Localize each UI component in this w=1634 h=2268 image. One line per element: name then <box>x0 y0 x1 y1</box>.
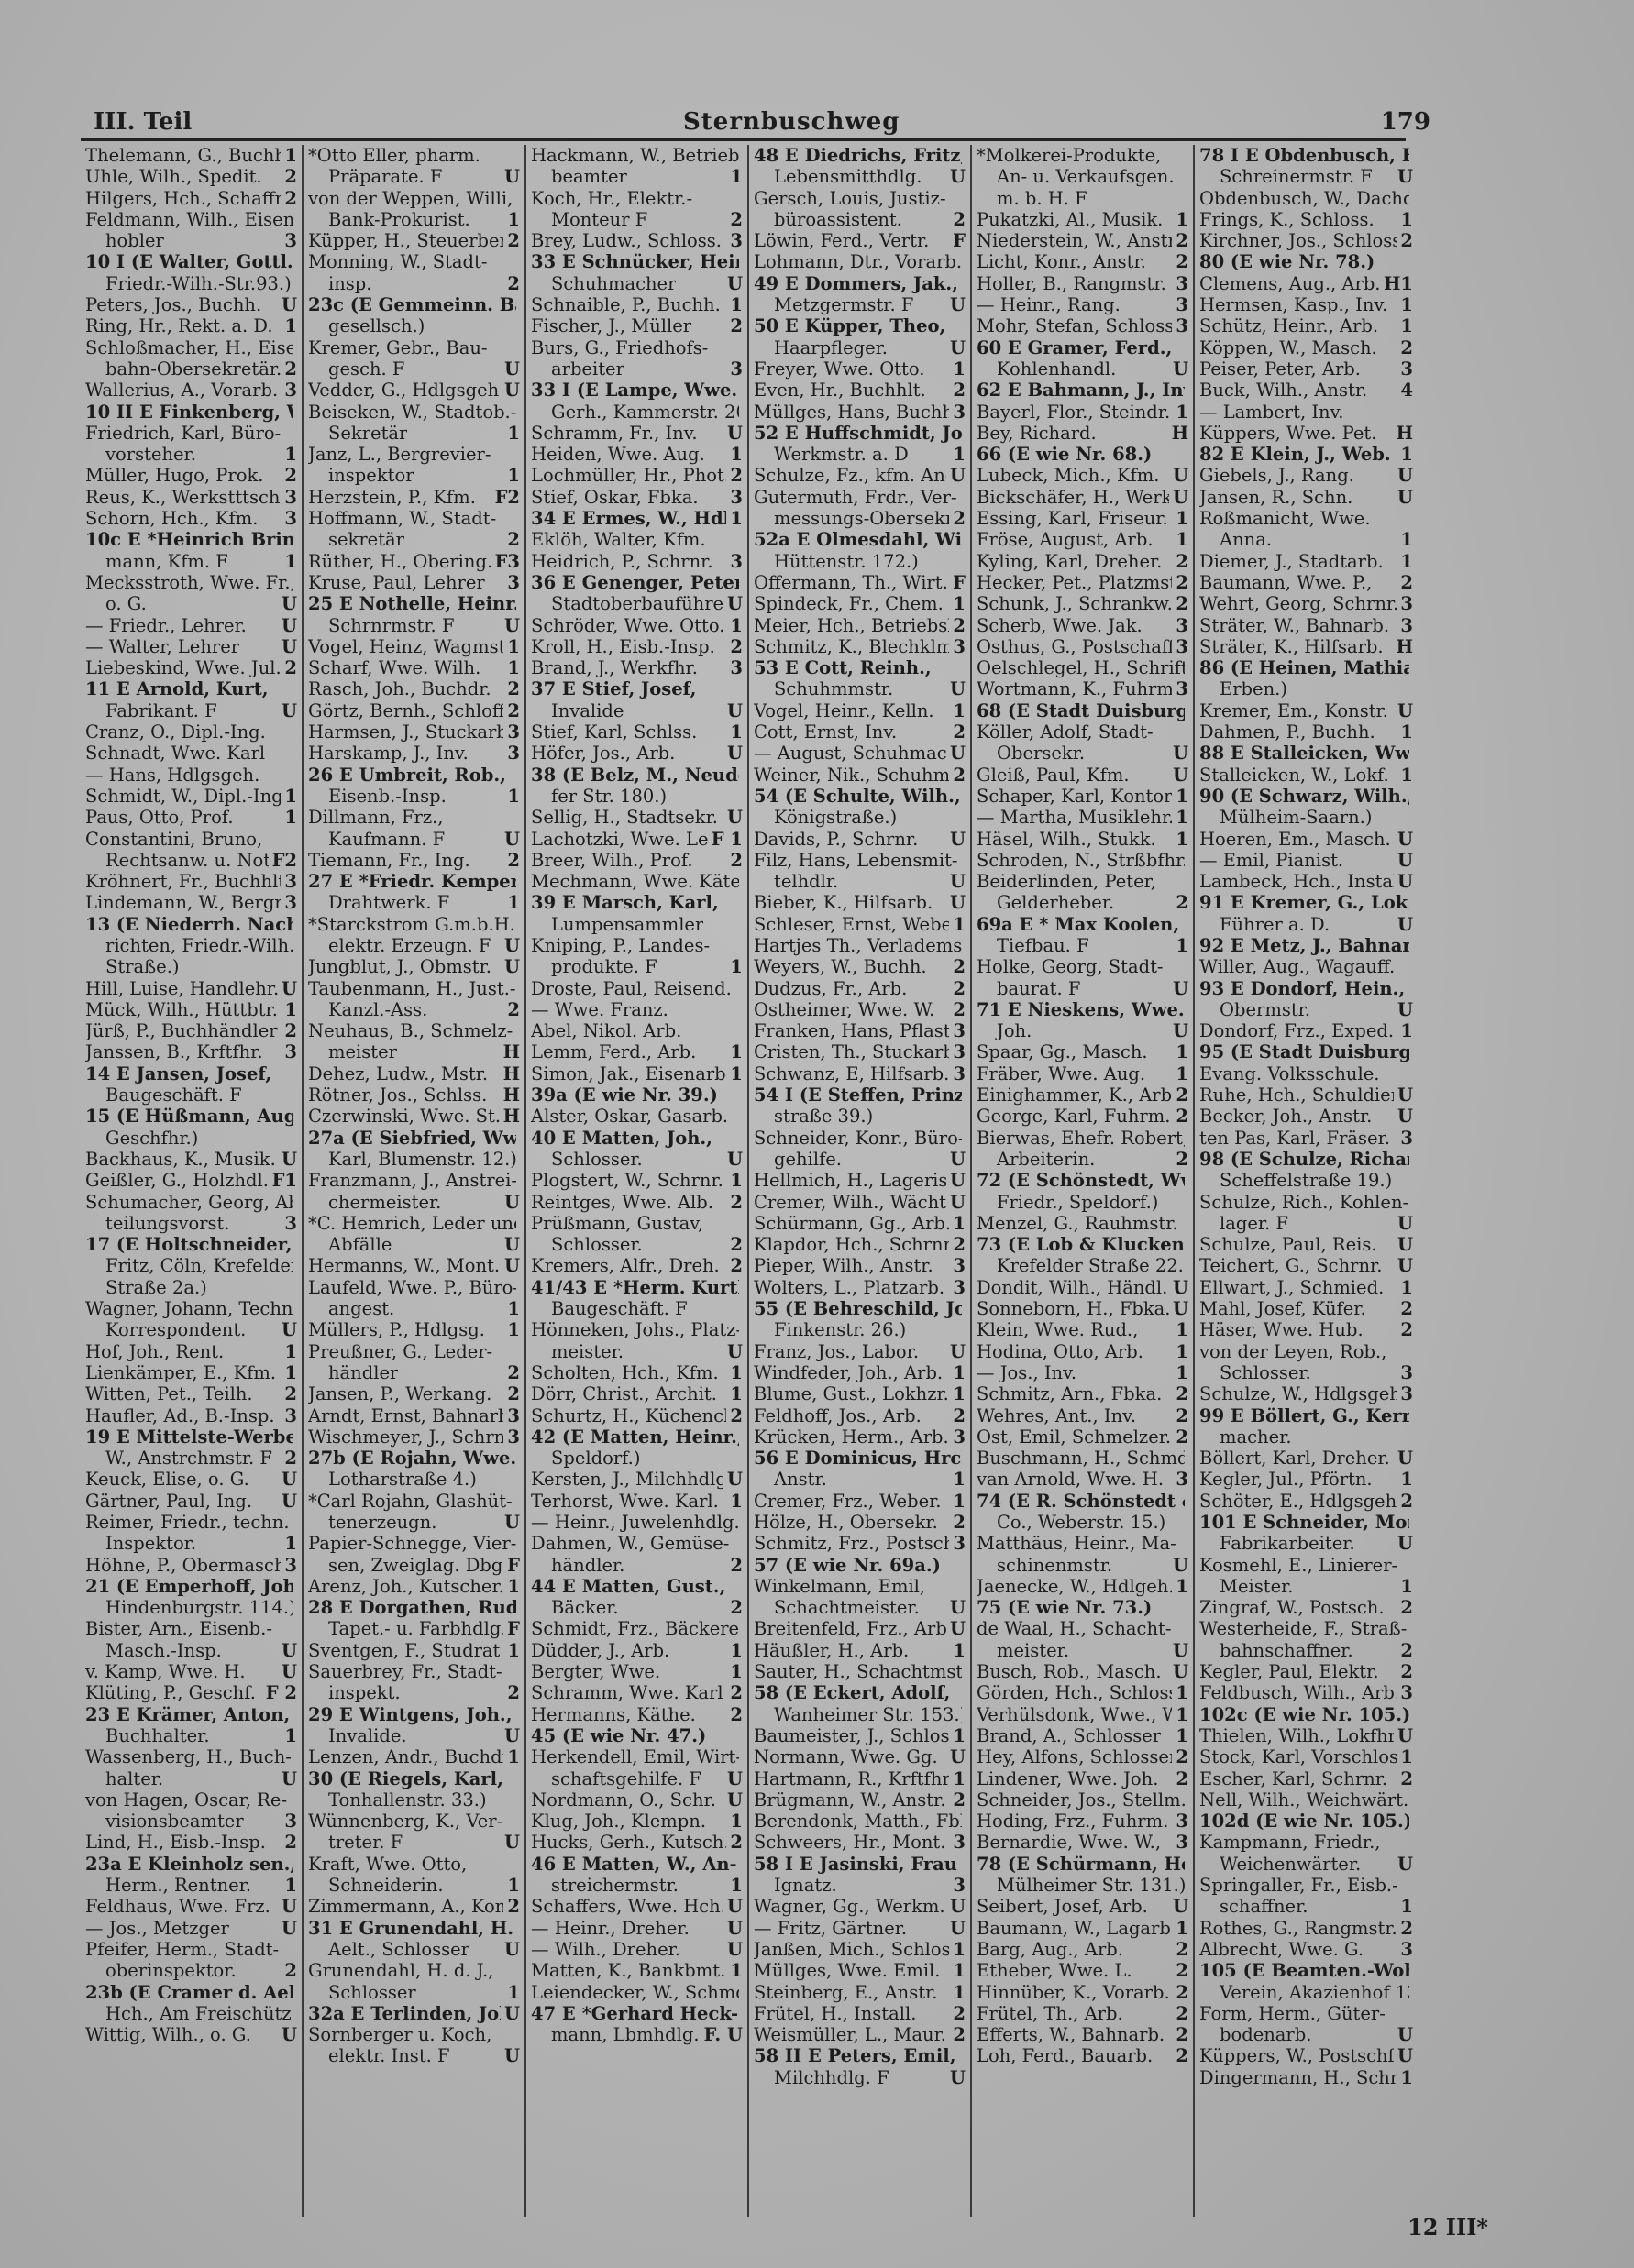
resident-entry: — Jos., Inv.1 <box>977 1362 1188 1383</box>
resident-entry: Plogstert, W., Schrnr.1 <box>531 1170 743 1191</box>
resident-entry: Thelemann, G., Buchh.1 <box>85 145 297 166</box>
entry-text: Geschfhr.) <box>85 1128 198 1149</box>
floor-code <box>1185 1448 1188 1469</box>
house-number-entry: 34 E Ermes, W., Hdlsg.1 <box>531 508 743 529</box>
floor-code: F <box>949 572 966 593</box>
floor-code: U <box>723 1789 743 1811</box>
resident-entry: Stock, Karl, Vorschloss.1 <box>1199 1746 1413 1767</box>
floor-code <box>516 1469 520 1490</box>
part-label: III. Teil <box>94 108 192 136</box>
floor-code: 2 <box>1172 593 1188 614</box>
resident-entry: Ring, Hr., Rekt. a. D.1 <box>85 315 297 336</box>
floor-code <box>1409 1555 1413 1576</box>
entry-text: Breitenfeld, Frz., Arb. <box>754 1618 946 1639</box>
resident-entry: tenerzeugn.U <box>308 1512 520 1533</box>
resident-entry: ten Pas, Karl, Fräser.3 <box>1199 1128 1413 1149</box>
resident-entry: Schurtz, H., Küchenchef.2 <box>531 1405 743 1426</box>
house-number-entry: 98 (E Schulze, Richard, <box>1199 1149 1413 1170</box>
floor-code <box>1185 1213 1188 1234</box>
entry-text: Frütel, H., Install. <box>754 2003 916 2024</box>
resident-entry: Franzmann, J., Anstrei- <box>308 1170 520 1191</box>
entry-text: Ruhe, Hch., Schuldien. <box>1199 1084 1394 1106</box>
entry-text: Bäcker. <box>531 1597 619 1618</box>
floor-code <box>516 1533 520 1554</box>
entry-text: Franken, Hans, Pflast. <box>754 1020 949 1041</box>
floor-code: 1 <box>1172 1918 1188 1939</box>
entry-text: Mechmann, Wwe. Käte. <box>531 871 739 892</box>
house-number-entry: 45 (E wie Nr. 47.) <box>531 1725 743 1746</box>
entry-text: Rötner, Jos., Schlss. <box>308 1084 487 1106</box>
resident-entry: Schütz, Heinr., Arb.1 <box>1199 315 1413 336</box>
floor-code: U <box>278 1319 297 1340</box>
floor-code <box>516 1597 520 1618</box>
entry-text: meister. <box>531 1341 624 1362</box>
floor-code <box>293 1576 297 1597</box>
entry-text: Werkmstr. a. D <box>754 444 909 465</box>
floor-code: U <box>1394 1255 1413 1276</box>
entry-text: händler <box>308 1362 398 1383</box>
house-number-entry: 52a E Olmesdahl, Wilh., <box>754 529 966 550</box>
entry-text: 68 (E Stadt Duisburg.) <box>977 700 1185 721</box>
resident-entry: gehilfe.U <box>754 1149 966 1170</box>
floor-code: U <box>1169 358 1188 380</box>
resident-entry: Wassenberg, H., Buch- <box>85 1746 297 1767</box>
floor-code <box>1409 956 1413 977</box>
floor-code: 1 <box>949 1960 966 1981</box>
floor-code: 2 <box>1172 1960 1188 1981</box>
floor-code: U <box>723 1896 743 1917</box>
resident-entry: richten, Friedr.-Wilh.- <box>85 935 297 956</box>
entry-text: Busch, Rob., Masch. <box>977 1661 1162 1682</box>
house-number-entry: 15 (E Hüßmann, Aug., <box>85 1106 297 1127</box>
entry-text: Efferts, W., Bahnarb. <box>977 2024 1165 2045</box>
floor-code: U <box>946 1341 966 1362</box>
floor-code: 2 <box>726 1192 743 1213</box>
entry-text: Korrespondent. <box>85 1319 246 1340</box>
entry-text: Schröder, Wwe. Otto. <box>531 615 724 636</box>
floor-code <box>962 1576 966 1597</box>
entry-text: Offermann, Th., Wirt. <box>754 572 948 593</box>
floor-code <box>1409 251 1413 272</box>
resident-entry: Nordmann, O., Schr.U <box>531 1789 743 1811</box>
resident-entry: Essing, Karl, Friseur.1 <box>977 508 1188 529</box>
entry-text: 29 E Wintgens, Joh., <box>308 1704 513 1725</box>
entry-text: Müllges, Hans, Buchh. <box>754 402 949 423</box>
resident-entry: Häser, Wwe. Hub.2 <box>1199 1319 1413 1340</box>
resident-entry: Barg, Aug., Arb.2 <box>977 1939 1188 1960</box>
floor-code: 3 <box>949 1063 966 1084</box>
resident-entry: Sträter, K., Hilfsarb.H <box>1199 636 1413 657</box>
entry-text: Kersten, J., Milchhdlg. <box>531 1469 723 1490</box>
entry-text: Weyers, W., Buchh. <box>754 956 927 977</box>
resident-entry: Hch., Am Freischütz) <box>85 2003 297 2024</box>
entry-text: Lubeck, Mich., Kfm. <box>977 465 1159 486</box>
entry-text: Barg, Aug., Arb. <box>977 1939 1123 1960</box>
floor-code <box>739 251 743 272</box>
floor-code: U <box>1394 465 1413 486</box>
floor-code: U <box>278 1640 297 1661</box>
floor-code: 3 <box>281 892 297 913</box>
entry-text: Vedder, G., Hdlgsgeh. <box>308 380 501 401</box>
entry-text: Thelemann, G., Buchh. <box>85 145 281 166</box>
floor-code: 1 <box>1397 551 1413 572</box>
resident-entry: Küppers, Wwe. Pet.H <box>1199 423 1413 444</box>
entry-text: 54 I (E Steffen, Prinzen- <box>754 1084 962 1106</box>
entry-text: 98 (E Schulze, Richard, <box>1199 1149 1409 1170</box>
resident-entry: Buschmann, H., Schmd. <box>977 1448 1188 1469</box>
entry-text: Wagner, Gg., Werkm. <box>754 1896 945 1917</box>
entry-text: Schmitz, Arn., Fbka. <box>977 1383 1162 1404</box>
entry-text: Schuhmmstr. <box>754 678 893 699</box>
floor-code <box>1185 1875 1188 1896</box>
resident-entry: Herm., Rentner.1 <box>85 1875 297 1896</box>
entry-text: beamter <box>531 166 627 187</box>
entry-text: Spindeck, Fr., Chem. <box>754 593 944 614</box>
floor-code: 3 <box>1397 1362 1413 1383</box>
entry-text: schinenmstr. <box>977 1555 1112 1576</box>
entry-text: Constantini, Bruno, <box>85 829 262 850</box>
entry-text: Weiner, Nik., Schuhm. <box>754 765 949 786</box>
floor-code: U <box>501 956 520 977</box>
entry-text: 72 (E Schönstedt, Wwe. <box>977 1170 1185 1191</box>
entry-text: Köppen, W., Masch. <box>1199 337 1377 358</box>
floor-code <box>962 188 966 209</box>
floor-code: 3 <box>1172 315 1188 336</box>
resident-entry: Uhle, Wilh., Spedit.2 <box>85 166 297 187</box>
house-number-entry: 54 (E Schulte, Wilh., <box>754 786 966 807</box>
floor-code <box>1185 145 1188 166</box>
house-number-entry: 91 E Kremer, G., Lok.- <box>1199 892 1413 913</box>
resident-entry: Anstr.1 <box>754 1469 966 1490</box>
floor-code: 2 <box>1172 2003 1188 2024</box>
entry-text: Schunk, J., Schrankw. <box>977 593 1172 614</box>
entry-text: Görden, Hch., Schloss. <box>977 1682 1172 1703</box>
entry-text: 78 I E Obdenbusch, Hch., <box>1199 145 1409 166</box>
floor-code: U <box>723 1939 743 1960</box>
floor-code: 1 <box>1172 1063 1188 1084</box>
floor-code <box>516 1704 520 1725</box>
floor-code <box>1185 166 1188 187</box>
floor-code: U <box>946 1896 966 1917</box>
entry-text: Plogstert, W., Schrnr. <box>531 1170 723 1191</box>
floor-code: U <box>1394 1234 1413 1255</box>
resident-entry: Winkelmann, Emil, <box>754 1576 966 1597</box>
house-number-entry: 40 E Matten, Joh., <box>531 1128 743 1149</box>
resident-entry: chermeister.U <box>308 1192 520 1213</box>
entry-text: 34 E Ermes, W., Hdlsg. <box>531 508 726 529</box>
resident-entry: Verein, Akazienhof 13.) <box>1199 1982 1413 2003</box>
floor-code <box>739 786 743 807</box>
resident-entry: Windfeder, Joh., Arb.1 <box>754 1362 966 1383</box>
resident-entry: Lumpensammler <box>531 914 743 935</box>
floor-code: 1 <box>1172 529 1188 550</box>
resident-entry: — August, Schuhmach.U <box>754 743 966 764</box>
floor-code <box>1409 145 1413 166</box>
resident-entry: — Wwe. Franz. <box>531 999 743 1020</box>
house-number-entry: 11 E Arnold, Kurt, <box>85 678 297 699</box>
entry-text: Jansen, P., Werkang. <box>308 1383 491 1404</box>
floor-code <box>739 337 743 358</box>
entry-text: Holke, Georg, Stadt- <box>977 956 1164 977</box>
entry-text: Einighammer, K., Arb. <box>977 1084 1172 1106</box>
entry-text: Köller, Adolf, Stadt- <box>977 721 1154 743</box>
floor-code: 3 <box>1172 615 1188 636</box>
house-number-entry: 36 E Genenger, Peter, <box>531 572 743 593</box>
entry-text: Schleser, Ernst, Weber. <box>754 914 949 935</box>
resident-entry: Scheffelstraße 19.) <box>1199 1170 1413 1191</box>
floor-code: 1 <box>949 700 966 721</box>
resident-entry: Baumann, W., Lagarb.1 <box>977 1918 1188 1939</box>
floor-code <box>293 1277 297 1298</box>
floor-code <box>1185 188 1188 209</box>
resident-entry: Müller, Hugo, Prok.2 <box>85 465 297 486</box>
floor-code: 2 <box>949 956 966 977</box>
entry-text: 52a E Olmesdahl, Wilh., <box>754 529 962 550</box>
entry-text: Harskamp, J., Inv. <box>308 743 469 764</box>
entry-text: — Wilh., Dreher. <box>531 1939 680 1960</box>
entry-text: mann, Lbmhdlg. <box>531 2024 700 2045</box>
entry-text: Janssen, B., Krftfhr. <box>85 1041 263 1062</box>
entry-text: Meier, Hch., Betriebsl. <box>754 615 949 636</box>
resident-entry: Blume, Gust., Lokhzr.1 <box>754 1383 966 1404</box>
entry-text: 45 (E wie Nr. 47.) <box>531 1725 706 1746</box>
entry-text: Franzmann, J., Anstrei- <box>308 1170 516 1191</box>
floor-code: 3 <box>1397 358 1413 380</box>
floor-code: 1 <box>949 1362 966 1383</box>
entry-text: 11 E Arnold, Kurt, <box>85 678 269 699</box>
house-number-entry: 29 E Wintgens, Joh., <box>308 1704 520 1725</box>
entry-text: Schumacher, Georg, Ab- <box>85 1192 293 1213</box>
floor-code: 1 <box>1397 1469 1413 1490</box>
resident-entry: Görden, Hch., Schloss.1 <box>977 1682 1188 1703</box>
floor-code <box>962 1682 966 1703</box>
entry-text: Baugeschäft. F <box>531 1298 688 1319</box>
resident-entry: Sventgen, F., Studrat1 <box>308 1640 520 1661</box>
entry-text: Herm., Rentner. <box>85 1875 251 1896</box>
floor-code: U <box>946 166 966 187</box>
entry-text: Cristen, Th., Stuckarb. <box>754 1041 949 1062</box>
entry-text: Stief, Karl, Schlss. <box>531 721 697 743</box>
floor-code: F 2 <box>262 1682 297 1703</box>
resident-entry: Schneider, Jos., Stellm. <box>977 1789 1188 1811</box>
resident-entry: Franz, Jos., Labor.U <box>754 1341 966 1362</box>
entry-text: Sekretär <box>308 423 407 444</box>
resident-entry: Stief, Oskar, Fbka.3 <box>531 487 743 508</box>
floor-code: 2 <box>949 765 966 786</box>
entry-text: 13 (E Niederrh. Nach- <box>85 914 293 935</box>
floor-code <box>293 402 297 423</box>
resident-entry: Westerheide, F., Straß- <box>1199 1618 1413 1639</box>
resident-entry: Vogel, Heinr., Kelln.1 <box>754 700 966 721</box>
floor-code: U <box>278 294 297 315</box>
floor-code: 2 <box>1172 1939 1188 1960</box>
floor-code: 1 <box>503 1298 520 1319</box>
resident-entry: Bernardie, Wwe. W.,3 <box>977 1832 1188 1853</box>
resident-entry: AbfälleU <box>308 1234 520 1255</box>
floor-code <box>739 1512 743 1533</box>
house-number-entry: 27 E *Friedr. Kemper, <box>308 871 520 892</box>
entry-text: Ostheimer, Wwe. W. <box>754 999 934 1020</box>
resident-entry: Arndt, Ernst, Bahnarb.3 <box>308 1405 520 1426</box>
entry-text: Karl, Blumenstr. 12.) <box>308 1149 516 1170</box>
floor-code <box>1409 1875 1413 1896</box>
entry-text: Osthus, G., Postschaffn. <box>977 636 1172 657</box>
resident-entry: Osthus, G., Postschaffn.3 <box>977 636 1188 657</box>
resident-entry: Mück, Wilh., Hüttbtr.1 <box>85 999 297 1020</box>
resident-entry: gesch. FU <box>308 358 520 380</box>
resident-entry: Masch.-Insp.U <box>85 1640 297 1661</box>
floor-code <box>293 678 297 699</box>
entry-text: Schramm, Wwe. Karl <box>531 1682 723 1703</box>
floor-code: 2 <box>1172 572 1188 593</box>
entry-text: Sellig, H., Stadtsekr. <box>531 807 718 828</box>
entry-text: Steinberg, E., Anstr. <box>754 1982 937 2003</box>
entry-text: arbeiter <box>531 358 624 380</box>
entry-text: 44 E Matten, Gust., <box>531 1576 725 1597</box>
entry-text: Kampmann, Friedr., <box>1199 1832 1381 1853</box>
resident-entry: Köller, Adolf, Stadt- <box>977 721 1188 743</box>
floor-code <box>293 1939 297 1960</box>
resident-entry: Erben.) <box>1199 678 1413 699</box>
entry-text: Sonneborn, H., Fbka. <box>977 1298 1169 1319</box>
entry-text: Wünnenberg, K., Ver- <box>308 1811 502 1832</box>
floor-code <box>1185 1618 1188 1639</box>
floor-code <box>1409 1405 1413 1426</box>
floor-code: 3 <box>1397 593 1413 614</box>
entry-text: Simon, Jak., Eisenarb. <box>531 1063 726 1084</box>
entry-text: Harmsen, J., Stuckarb. <box>308 721 503 743</box>
floor-code: 3 <box>1172 273 1188 294</box>
resident-entry: Ruhe, Hch., Schuldien.U <box>1199 1084 1413 1106</box>
entry-text: Schroden, N., Strßbfhr. <box>977 850 1185 871</box>
entry-text: Beiderlinden, Peter, <box>977 871 1156 892</box>
resident-entry: — Emil, Pianist.U <box>1199 850 1413 871</box>
entry-text: Beiseken, W., Stadtob.- <box>308 402 516 423</box>
resident-entry: visionsbeamter3 <box>85 1811 297 1832</box>
entry-text: Giebels, J., Rang. <box>1199 465 1354 486</box>
resident-entry: händler2 <box>308 1362 520 1383</box>
resident-entry: — Lambert, Inv. <box>1199 402 1413 423</box>
entry-text: Uhle, Wilh., Spedit. <box>85 166 262 187</box>
floor-code: 3 <box>281 871 297 892</box>
entry-text: Straße 2a.) <box>85 1277 207 1298</box>
resident-entry: Hinnüber, K., Vorarb.2 <box>977 1982 1188 2003</box>
entry-text: 30 (E Riegels, Karl, <box>308 1768 503 1789</box>
floor-code: 1 <box>1397 721 1413 743</box>
entry-text: Hermanns, W., Mont. <box>308 1255 500 1276</box>
resident-entry: Witten, Pet., Teilh.2 <box>85 1383 297 1404</box>
floor-code: U <box>723 273 743 294</box>
resident-entry: teilungsvorst.3 <box>85 1213 297 1234</box>
resident-entry: SchuhmacherU <box>531 273 743 294</box>
entry-text: 38 (E Belz, M., Neudor- <box>531 765 739 786</box>
entry-text: Lachotzki, Wwe. Leo. <box>531 829 708 850</box>
floor-code: 3 <box>281 1555 297 1576</box>
floor-code <box>293 1746 297 1767</box>
entry-text: sen, Zweiglag. Dbg. <box>308 1555 503 1576</box>
house-number-entry: 28 E Dorgathen, Rud., <box>308 1597 520 1618</box>
resident-entry: Schlosser.3 <box>1199 1362 1413 1383</box>
floor-code <box>739 380 743 401</box>
entry-text: — Fritz, Gärtner. <box>754 1918 907 1939</box>
resident-entry: Ellwart, J., Schmied.1 <box>1199 1277 1413 1298</box>
resident-entry: meister.U <box>531 1341 743 1362</box>
entry-text: Holler, B., Rangmstr. <box>977 273 1166 294</box>
resident-entry: von der Weppen, Willi, <box>308 188 520 209</box>
resident-entry: fer Str. 180.) <box>531 786 743 807</box>
floor-code <box>739 1277 743 1298</box>
floor-code <box>739 1854 743 1875</box>
entry-text: Witten, Pet., Teilh. <box>85 1383 253 1404</box>
floor-code: 2 <box>1172 2045 1188 2066</box>
resident-entry: — Friedr., Lehrer.U <box>85 615 297 636</box>
house-number-entry: 42 (E Matten, Heinr., <box>531 1426 743 1448</box>
floor-code: 2 <box>1172 230 1188 251</box>
floor-code: U <box>946 678 966 699</box>
floor-code <box>516 251 520 272</box>
entry-text: Lebensmitthdlg. <box>754 166 922 187</box>
entry-text: 105 (E Beamten.-Wohn.- <box>1199 1960 1409 1981</box>
resident-entry: Schmitz, Frz., Postsch.3 <box>754 1533 966 1554</box>
entry-text: Hindenburgstr. 114.) <box>85 1597 293 1618</box>
resident-entry: Kampmann, Friedr., <box>1199 1832 1413 1853</box>
entry-text: Schuhmacher <box>531 273 676 294</box>
entry-text: Matten, K., Bankbmt. <box>531 1960 725 1981</box>
floor-code <box>1185 657 1188 678</box>
resident-entry: händler.2 <box>531 1555 743 1576</box>
floor-code: 2 <box>281 1383 297 1404</box>
floor-code: 2 <box>503 700 520 721</box>
floor-code: U <box>1169 1277 1188 1298</box>
entry-text: George, Karl, Fuhrm. <box>977 1106 1170 1127</box>
resident-entry: Zingraf, W., Postsch.2 <box>1199 1597 1413 1618</box>
floor-code <box>739 145 743 166</box>
resident-entry: Giebels, J., Rang.U <box>1199 465 1413 486</box>
floor-code: 2 <box>1172 1084 1188 1106</box>
resident-entry: Bank-Prokurist.1 <box>308 209 520 230</box>
resident-entry: Schreinermstr. FU <box>1199 166 1413 187</box>
resident-entry: Krefelder Straße 22.) <box>977 1255 1188 1276</box>
floor-code: 1 <box>1397 765 1413 786</box>
entry-text: o. G. <box>85 593 147 614</box>
entry-text: Bergter, Wwe. <box>531 1661 660 1682</box>
resident-entry: Rüther, H., Obering.F3 <box>308 551 520 572</box>
entry-text: Lochmüller, Hr., Phot. <box>531 465 726 486</box>
resident-entry: Diemer, J., Stadtarb.1 <box>1199 551 1413 572</box>
entry-text: Kruse, Paul, Lehrer <box>308 572 485 593</box>
entry-text: Kremer, Gebr., Bau- <box>308 337 488 358</box>
house-number-entry: 48 E Diedrichs, Fritz, <box>754 145 966 166</box>
floor-code: U <box>278 636 297 657</box>
resident-entry: Geißler, G., Holzhdl.F1 <box>85 1170 297 1191</box>
resident-entry: Krücken, Herm., Arb.3 <box>754 1426 966 1448</box>
floor-code <box>1409 1192 1413 1213</box>
entry-text: Wallerius, A., Vorarb. <box>85 380 278 401</box>
house-number-entry: 37 E Stief, Josef, <box>531 678 743 699</box>
entry-text: Reintges, Wwe. Alb. <box>531 1192 713 1213</box>
resident-entry: Cremer, Wilh., Wächt.U <box>754 1192 966 1213</box>
entry-text: Fräber, Wwe. Aug. <box>977 1063 1145 1084</box>
entry-text: 73 (E Lob & Klucken, <box>977 1234 1185 1255</box>
floor-code: U <box>1394 166 1413 187</box>
resident-entry: meisterH <box>308 1041 520 1062</box>
entry-text: 95 (E Stadt Duisburg.) <box>1199 1041 1409 1062</box>
entry-text: 78 (E Schürmann, Hch., <box>977 1854 1185 1875</box>
floor-code: 1 <box>1172 1341 1188 1362</box>
entry-text: Kyling, Karl, Dreher. <box>977 551 1162 572</box>
column-6: 78 I E Obdenbusch, Hch.,Schreinermstr. F… <box>1195 145 1418 2217</box>
entry-text: Schramm, Fr., Inv. <box>531 423 698 444</box>
